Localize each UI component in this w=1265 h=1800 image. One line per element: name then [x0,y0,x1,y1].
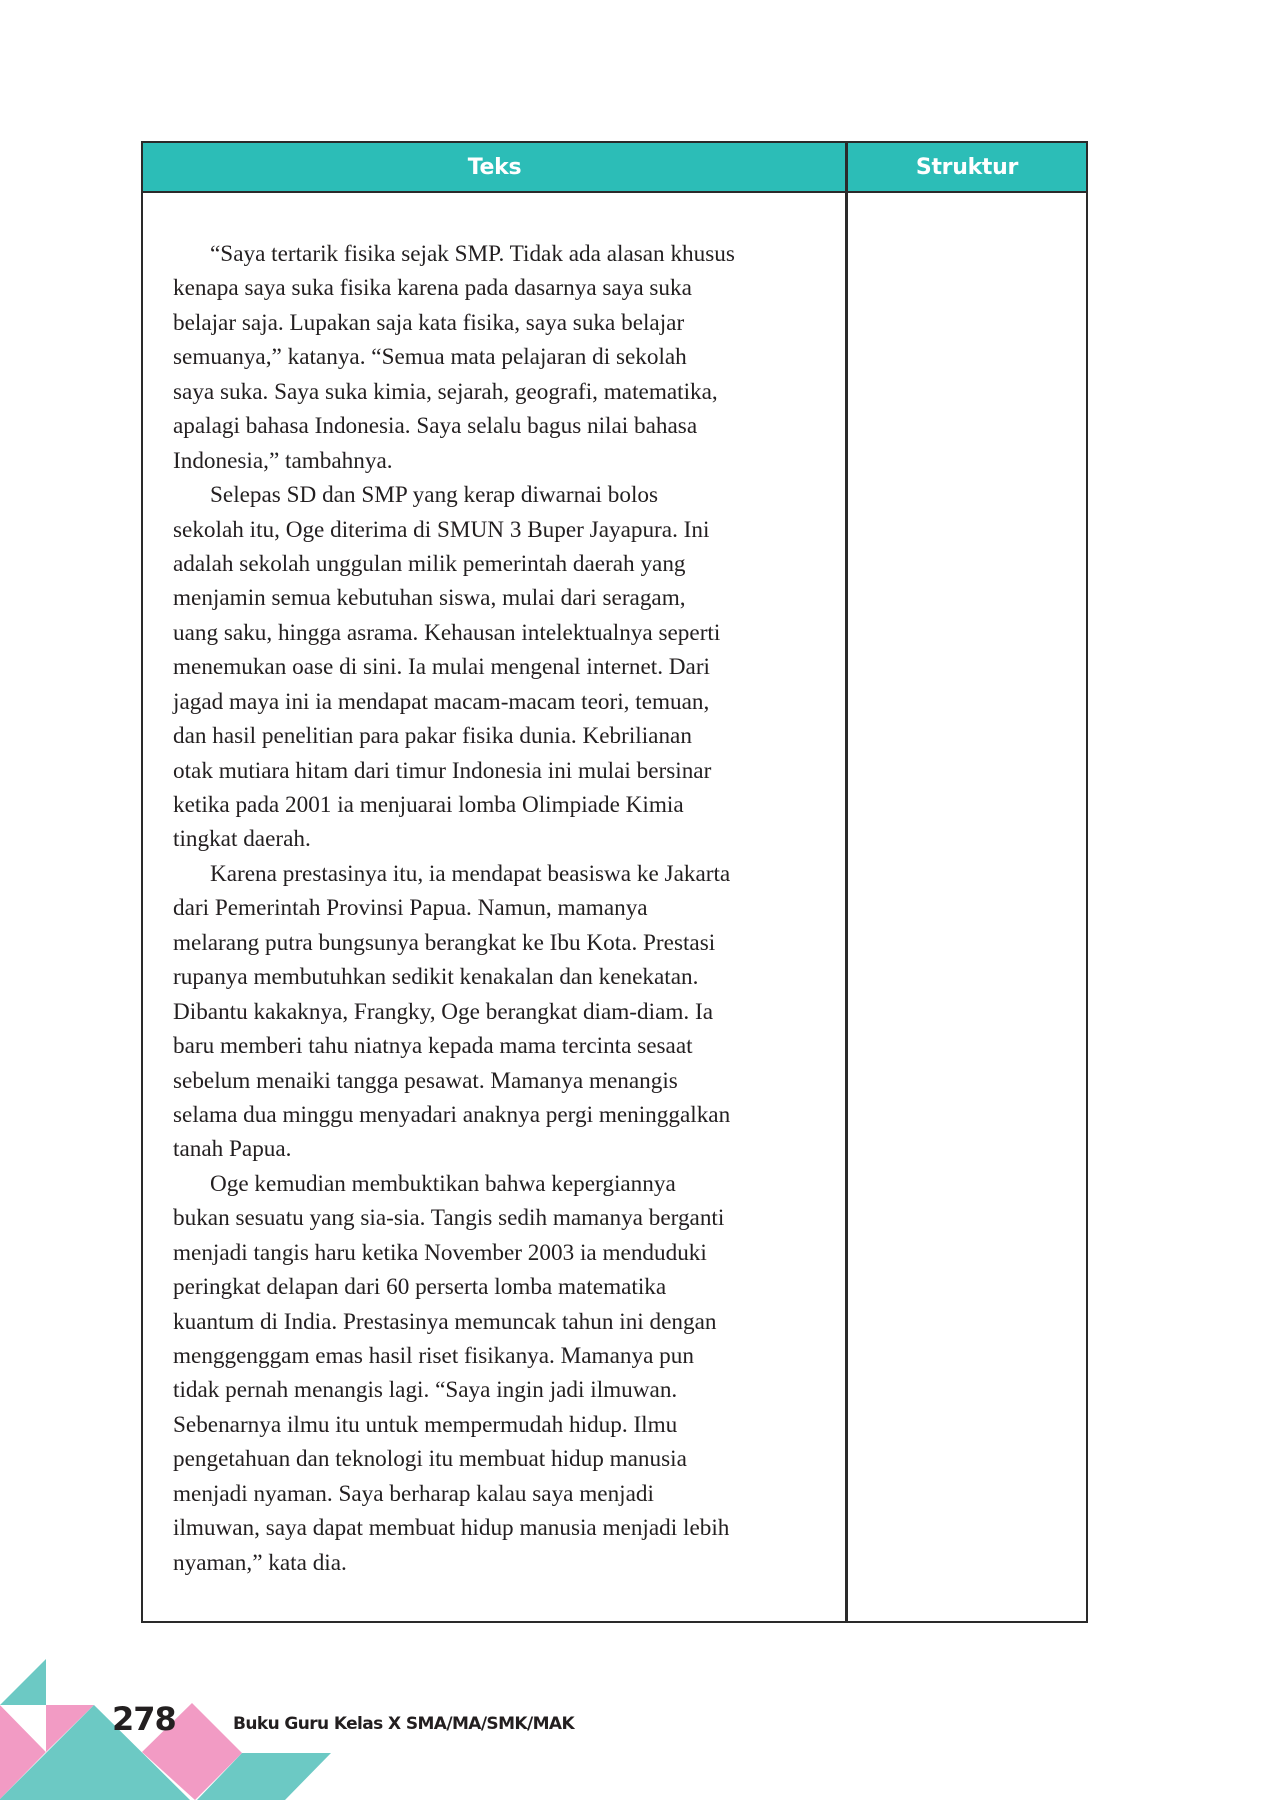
text-line: menggenggam emas hasil riset fisikanya. … [173,1339,843,1373]
text-line: selama dua minggu menyadari anaknya perg… [173,1098,843,1132]
text-line: dari Pemerintah Provinsi Papua. Namun, m… [173,891,843,925]
text-line: belajar saja. Lupakan saja kata fisika, … [173,306,843,340]
text-line: tingkat daerah. [173,822,843,856]
text-line: Selepas SD dan SMP yang kerap diwarnai b… [173,478,843,512]
text-line: menjamin semua kebutuhan siswa, mulai da… [173,581,843,615]
text-line: ketika pada 2001 ia menjuarai lomba Olim… [173,788,843,822]
text-line: dan hasil penelitian para pakar fisika d… [173,719,843,753]
text-line: sekolah itu, Oge diterima di SMUN 3 Bupe… [173,513,843,547]
text-line: apalagi bahasa Indonesia. Saya selalu ba… [173,409,843,443]
text-line: menjadi tangis haru ketika November 2003… [173,1236,843,1270]
text-line: Indonesia,” tambahnya. [173,444,843,478]
text-line: bukan sesuatu yang sia-sia. Tangis sedih… [173,1201,843,1235]
teks-cell: “Saya tertarik fisika sejak SMP. Tidak a… [173,237,843,1580]
text-line: pengetahuan dan teknologi itu membuat hi… [173,1442,843,1476]
text-line: saya suka. Saya suka kimia, sejarah, geo… [173,375,843,409]
text-line: “Saya tertarik fisika sejak SMP. Tidak a… [173,237,843,271]
text-line: kuantum di India. Prestasinya memuncak t… [173,1305,843,1339]
text-line: Dibantu kakaknya, Frangky, Oge berangkat… [173,995,843,1029]
text-line: peringkat delapan dari 60 perserta lomba… [173,1270,843,1304]
book-title: Buku Guru Kelas X SMA/MA/SMK/MAK [233,1714,574,1734]
column-header-teks: Teks [143,143,846,191]
table-header-row: Teks Struktur [143,143,1086,193]
text-line: nyaman,” kata dia. [173,1546,843,1580]
text-line: menjadi nyaman. Saya berharap kalau saya… [173,1477,843,1511]
text-line: tanah Papua. [173,1132,843,1166]
text-line: menemukan oase di sini. Ia mulai mengena… [173,650,843,684]
column-header-struktur: Struktur [848,143,1086,191]
teks-struktur-table: Teks Struktur “Saya tertarik fisika seja… [141,141,1088,1623]
text-line: otak mutiara hitam dari timur Indonesia … [173,754,843,788]
text-line: uang saku, hingga asrama. Kehausan intel… [173,616,843,650]
text-line: Oge kemudian membuktikan bahwa kepergian… [173,1167,843,1201]
text-line: baru memberi tahu niatnya kepada mama te… [173,1029,843,1063]
struktur-cell [848,193,1086,1621]
text-line: ilmuwan, saya dapat membuat hidup manusi… [173,1511,843,1545]
text-line: rupanya membutuhkan sedikit kenakalan da… [173,960,843,994]
text-line: Sebenarnya ilmu itu untuk mempermudah hi… [173,1408,843,1442]
text-line: kenapa saya suka fisika karena pada dasa… [173,271,843,305]
text-line: adalah sekolah unggulan milik pemerintah… [173,547,843,581]
text-line: tidak pernah menangis lagi. “Saya ingin … [173,1373,843,1407]
text-line: semuanya,” katanya. “Semua mata pelajara… [173,340,843,374]
text-line: Karena prestasinya itu, ia mendapat beas… [173,857,843,891]
text-line: sebelum menaiki tangga pesawat. Mamanya … [173,1064,843,1098]
text-line: melarang putra bungsunya berangkat ke Ib… [173,926,843,960]
text-line: jagad maya ini ia mendapat macam-macam t… [173,685,843,719]
page-number: 278 [112,1700,176,1738]
